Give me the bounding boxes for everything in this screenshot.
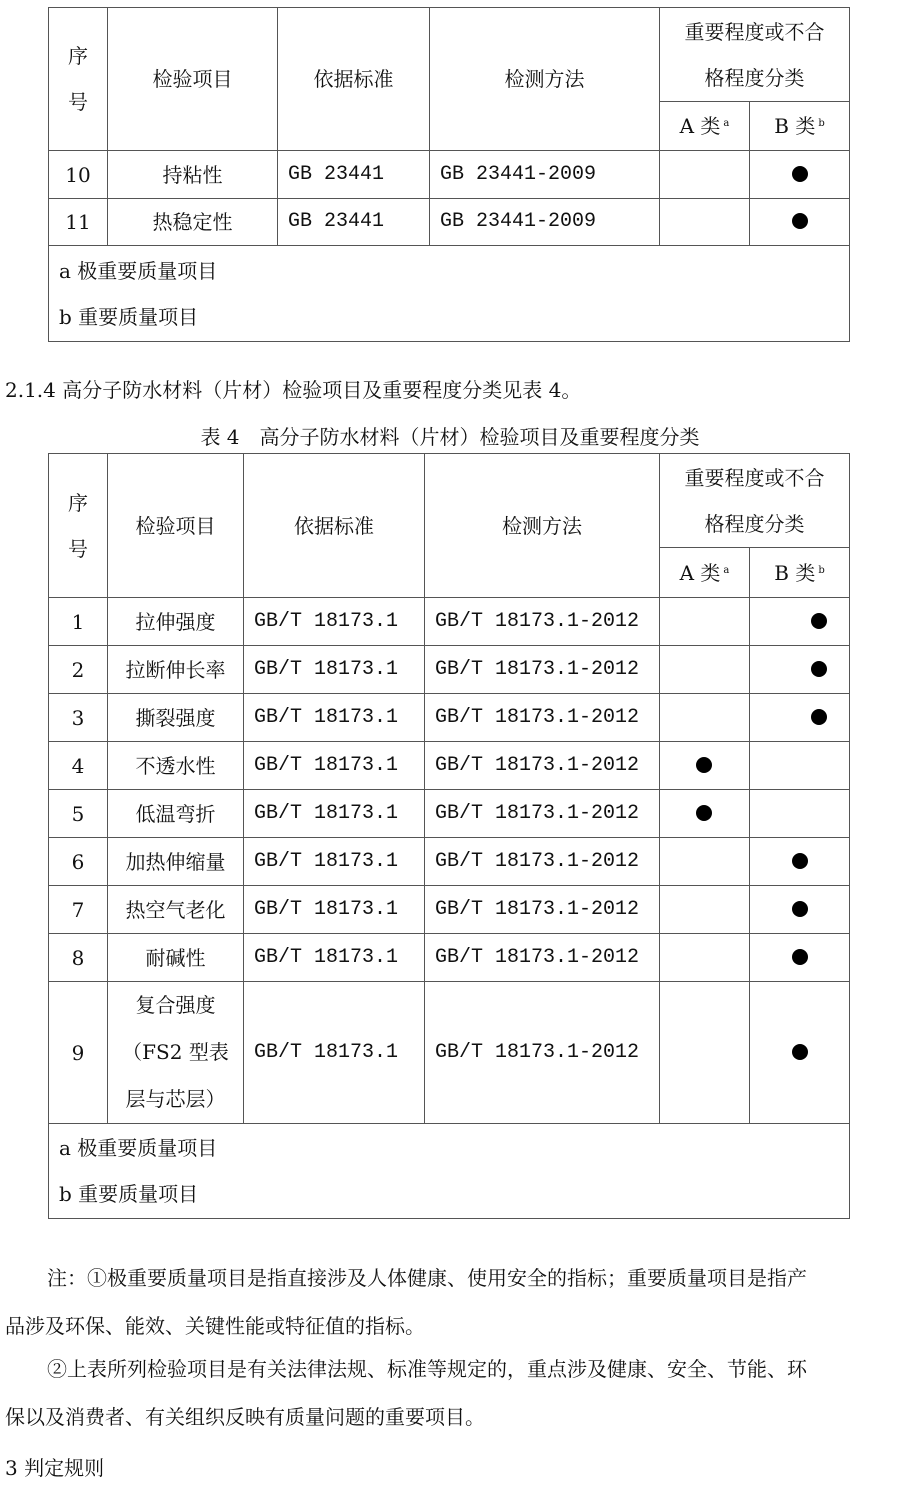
cell-standard: GB/T 18173.1 (244, 982, 425, 1124)
table-row: 2 拉断伸长率 GB/T 18173.1 GB/T 18173.1-2012 (49, 646, 850, 694)
cell-class-b (750, 199, 850, 246)
cell-standard: GB/T 18173.1 (244, 694, 425, 742)
cell-method: GB/T 18173.1-2012 (425, 742, 660, 790)
cell-class-a (660, 646, 750, 694)
filled-dot-icon (811, 613, 827, 629)
header-standard: 依据标准 (244, 454, 425, 598)
cell-class-b (750, 742, 850, 790)
cell-standard: GB/T 18173.1 (244, 934, 425, 982)
filled-dot-icon (792, 949, 808, 965)
cell-class-a (660, 151, 750, 199)
cell-seq: 2 (49, 646, 108, 694)
footnote-b: b 重要质量项目 (59, 294, 849, 340)
filled-dot-icon (696, 805, 712, 821)
cell-item: 撕裂强度 (108, 694, 244, 742)
cell-item: 拉断伸长率 (108, 646, 244, 694)
table-row: 3 撕裂强度 GB/T 18173.1 GB/T 18173.1-2012 (49, 694, 850, 742)
cell-item: 持粘性 (108, 151, 278, 199)
cell-item: 复合强度 （FS2 型表 层与芯层） (108, 982, 244, 1124)
cell-seq: 5 (49, 790, 108, 838)
table-4: 序 号 检验项目 依据标准 检测方法 重要程度或不合 格程度分类 A 类a B … (48, 453, 850, 1219)
table-row: 10 持粘性 GB 23441 GB 23441-2009 (49, 151, 850, 199)
cell-method: GB/T 18173.1-2012 (425, 982, 660, 1124)
cell-class-b (750, 886, 850, 934)
table-prev-continued: 序 号 检验项目 依据标准 检测方法 重要程度或不合 格程度分类 A 类a B … (48, 7, 850, 342)
cell-seq: 9 (49, 982, 108, 1124)
table-row: 9 复合强度 （FS2 型表 层与芯层） GB/T 18173.1 GB/T 1… (49, 982, 850, 1124)
footnote-b: b 重要质量项目 (59, 1171, 849, 1217)
table-row: 7 热空气老化 GB/T 18173.1 GB/T 18173.1-2012 (49, 886, 850, 934)
cell-class-a (660, 598, 750, 646)
cell-method: GB 23441-2009 (430, 151, 660, 199)
cell-class-a (660, 934, 750, 982)
section-heading-2-1-4: 2.1.4 高分子防水材料（片材）检验项目及重要程度分类见表 4。 (5, 374, 581, 403)
cell-class-b (750, 694, 850, 742)
table-footnotes: a 极重要质量项目 b 重要质量项目 (49, 246, 850, 342)
cell-standard: GB/T 18173.1 (244, 598, 425, 646)
table-caption: 表 4 高分子防水材料（片材）检验项目及重要程度分类 (0, 421, 900, 450)
filled-dot-icon (811, 709, 827, 725)
cell-seq: 7 (49, 886, 108, 934)
cell-method: GB/T 18173.1-2012 (425, 838, 660, 886)
header-class-b: B 类b (750, 102, 850, 151)
header-seq: 序 号 (49, 8, 108, 151)
cell-seq: 10 (49, 151, 108, 199)
header-class-group: 重要程度或不合 格程度分类 (660, 8, 850, 102)
table-row: 11 热稳定性 GB 23441 GB 23441-2009 (49, 199, 850, 246)
filled-dot-icon (792, 213, 808, 229)
cell-class-a (660, 838, 750, 886)
cell-standard: GB/T 18173.1 (244, 790, 425, 838)
cell-class-a (660, 982, 750, 1124)
header-seq: 序 号 (49, 454, 108, 598)
header-standard: 依据标准 (278, 8, 430, 151)
cell-class-a (660, 694, 750, 742)
table-row: 5 低温弯折 GB/T 18173.1 GB/T 18173.1-2012 (49, 790, 850, 838)
cell-method: GB/T 18173.1-2012 (425, 694, 660, 742)
cell-method: GB/T 18173.1-2012 (425, 790, 660, 838)
header-class-a: A 类a (660, 548, 750, 598)
header-class-group: 重要程度或不合 格程度分类 (660, 454, 850, 548)
filled-dot-icon (811, 661, 827, 677)
cell-class-b (750, 790, 850, 838)
footnote-a: a 极重要质量项目 (59, 248, 849, 294)
cell-standard: GB/T 18173.1 (244, 742, 425, 790)
cell-class-a (660, 886, 750, 934)
cell-class-b (750, 838, 850, 886)
cell-seq: 6 (49, 838, 108, 886)
cell-class-a (660, 742, 750, 790)
table-row: 4 不透水性 GB/T 18173.1 GB/T 18173.1-2012 (49, 742, 850, 790)
cell-standard: GB/T 18173.1 (244, 886, 425, 934)
cell-seq: 11 (49, 199, 108, 246)
header-item: 检验项目 (108, 454, 244, 598)
cell-seq: 8 (49, 934, 108, 982)
section-heading-3: 3 判定规则 (5, 1452, 104, 1481)
table-row: 8 耐碱性 GB/T 18173.1 GB/T 18173.1-2012 (49, 934, 850, 982)
filled-dot-icon (792, 901, 808, 917)
cell-item: 加热伸缩量 (108, 838, 244, 886)
header-class-b: B 类b (750, 548, 850, 598)
cell-standard: GB 23441 (278, 199, 430, 246)
cell-standard: GB/T 18173.1 (244, 646, 425, 694)
filled-dot-icon (696, 757, 712, 773)
cell-class-b (750, 598, 850, 646)
filled-dot-icon (792, 166, 808, 182)
cell-item: 耐碱性 (108, 934, 244, 982)
cell-item: 热空气老化 (108, 886, 244, 934)
cell-seq: 1 (49, 598, 108, 646)
header-item: 检验项目 (108, 8, 278, 151)
cell-seq: 4 (49, 742, 108, 790)
cell-method: GB/T 18173.1-2012 (425, 886, 660, 934)
table-row: 1 拉伸强度 GB/T 18173.1 GB/T 18173.1-2012 (49, 598, 850, 646)
cell-class-b (750, 151, 850, 199)
filled-dot-icon (792, 853, 808, 869)
cell-class-b (750, 934, 850, 982)
footnote-a: a 极重要质量项目 (59, 1125, 849, 1171)
header-method: 检测方法 (430, 8, 660, 151)
cell-seq: 3 (49, 694, 108, 742)
cell-method: GB/T 18173.1-2012 (425, 646, 660, 694)
note-1: 注：①极重要质量项目是指直接涉及人体健康、使用安全的指标；重要质量项目是指产 品… (5, 1254, 895, 1350)
cell-class-a (660, 790, 750, 838)
cell-standard: GB 23441 (278, 151, 430, 199)
cell-class-b (750, 982, 850, 1124)
cell-class-a (660, 199, 750, 246)
filled-dot-icon (792, 1044, 808, 1060)
cell-item: 热稳定性 (108, 199, 278, 246)
header-class-a: A 类a (660, 102, 750, 151)
table-row: 6 加热伸缩量 GB/T 18173.1 GB/T 18173.1-2012 (49, 838, 850, 886)
cell-method: GB/T 18173.1-2012 (425, 598, 660, 646)
cell-item: 低温弯折 (108, 790, 244, 838)
cell-standard: GB/T 18173.1 (244, 838, 425, 886)
table-footnotes: a 极重要质量项目 b 重要质量项目 (49, 1124, 850, 1219)
note-2: ②上表所列检验项目是有关法律法规、标准等规定的，重点涉及健康、安全、节能、环 保… (5, 1345, 895, 1441)
cell-method: GB 23441-2009 (430, 199, 660, 246)
cell-item: 不透水性 (108, 742, 244, 790)
cell-method: GB/T 18173.1-2012 (425, 934, 660, 982)
cell-class-b (750, 646, 850, 694)
header-method: 检测方法 (425, 454, 660, 598)
cell-item: 拉伸强度 (108, 598, 244, 646)
